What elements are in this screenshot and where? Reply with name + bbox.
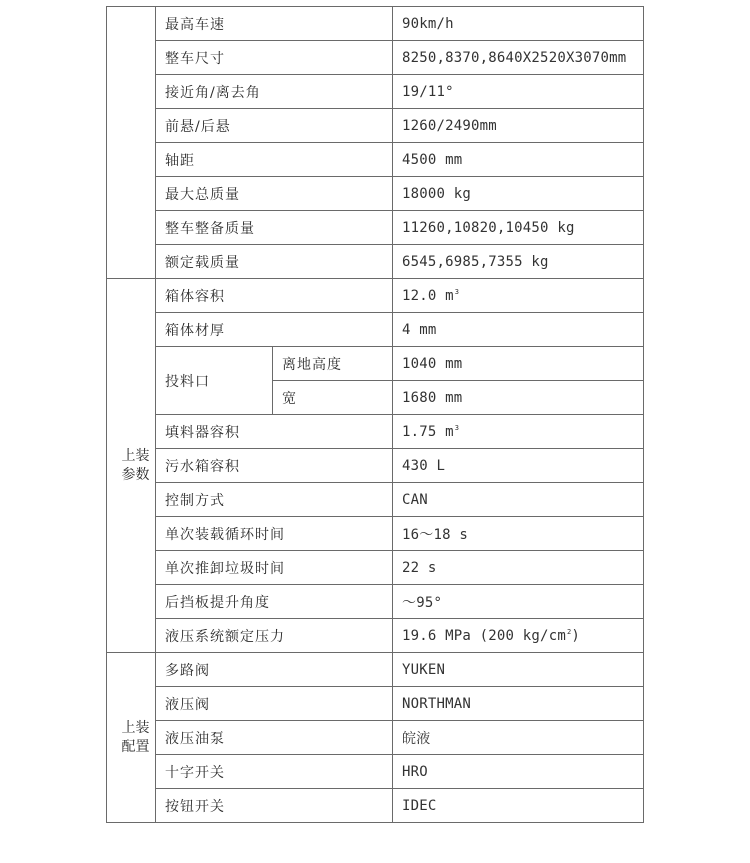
- table-row: 上装参数 箱体容积 12.0 m3: [107, 279, 644, 313]
- param-label: 液压系统额定压力: [156, 619, 393, 653]
- param-label: 接近角/离去角: [156, 75, 393, 109]
- param-value: YUKEN: [393, 653, 644, 687]
- param-label: 最大总质量: [156, 177, 393, 211]
- param-label: 填料器容积: [156, 415, 393, 449]
- param-value: 6545,6985,7355 kg: [393, 245, 644, 279]
- table-row: 控制方式 CAN: [107, 483, 644, 517]
- table-row: 液压阀 NORTHMAN: [107, 687, 644, 721]
- param-label: 后挡板提升角度: [156, 585, 393, 619]
- group-label-line1: 上装: [122, 720, 150, 736]
- table-row: 液压油泵 皖液: [107, 721, 644, 755]
- param-label: 污水箱容积: [156, 449, 393, 483]
- param-value: CAN: [393, 483, 644, 517]
- param-label: 额定载质量: [156, 245, 393, 279]
- table-row: 按钮开关 IDEC: [107, 789, 644, 823]
- param-value: 90km/h: [393, 7, 644, 41]
- param-value: 12.0 m3: [393, 279, 644, 313]
- param-value: 11260,10820,10450 kg: [393, 211, 644, 245]
- group-cell-body-config: 上装配置: [107, 653, 156, 823]
- sub-param-label: 离地高度: [273, 347, 393, 381]
- param-value: 1260/2490mm: [393, 109, 644, 143]
- param-label: 按钮开关: [156, 789, 393, 823]
- param-value: 8250,8370,8640X2520X3070mm: [393, 41, 644, 75]
- param-label: 十字开关: [156, 755, 393, 789]
- value-text: 1.75 m: [402, 424, 454, 440]
- table-row: 最高车速 90km/h: [107, 7, 644, 41]
- param-value: 22 s: [393, 551, 644, 585]
- table-row: 最大总质量 18000 kg: [107, 177, 644, 211]
- param-label: 控制方式: [156, 483, 393, 517]
- spec-table: 最高车速 90km/h 整车尺寸 8250,8370,8640X2520X307…: [106, 6, 644, 823]
- param-value: 皖液: [393, 721, 644, 755]
- value-text: 12.0 m: [402, 288, 454, 304]
- param-label: 箱体容积: [156, 279, 393, 313]
- table-row: 接近角/离去角 19/11°: [107, 75, 644, 109]
- param-value: IDEC: [393, 789, 644, 823]
- group-label-line1: 上装: [122, 448, 150, 464]
- table-row: 十字开关 HRO: [107, 755, 644, 789]
- param-label: 轴距: [156, 143, 393, 177]
- group-label-line2: 参数: [122, 467, 150, 483]
- param-label: 多路阀: [156, 653, 393, 687]
- param-value: 430 L: [393, 449, 644, 483]
- param-value: 4 mm: [393, 313, 644, 347]
- table-row: 额定载质量 6545,6985,7355 kg: [107, 245, 644, 279]
- param-value: NORTHMAN: [393, 687, 644, 721]
- group-cell-body-params: 上装参数: [107, 279, 156, 653]
- param-value: 18000 kg: [393, 177, 644, 211]
- table-row: 液压系统额定压力 19.6 MPa (200 kg/cm2): [107, 619, 644, 653]
- param-value: HRO: [393, 755, 644, 789]
- table-row: 箱体材厚 4 mm: [107, 313, 644, 347]
- param-value: 19/11°: [393, 75, 644, 109]
- group-cell-chassis: [107, 7, 156, 279]
- param-label: 单次装载循环时间: [156, 517, 393, 551]
- param-value: 1040 mm: [393, 347, 644, 381]
- param-label: 液压油泵: [156, 721, 393, 755]
- param-label: 整车整备质量: [156, 211, 393, 245]
- param-value: 4500 mm: [393, 143, 644, 177]
- sub-param-label: 宽: [273, 381, 393, 415]
- value-tail: ): [571, 628, 580, 644]
- table-row: 前悬/后悬 1260/2490mm: [107, 109, 644, 143]
- param-label: 整车尺寸: [156, 41, 393, 75]
- param-value: ～95°: [393, 585, 644, 619]
- table-row: 上装配置 多路阀 YUKEN: [107, 653, 644, 687]
- table-row: 填料器容积 1.75 m3: [107, 415, 644, 449]
- param-label: 前悬/后悬: [156, 109, 393, 143]
- table-row: 单次推卸垃圾时间 22 s: [107, 551, 644, 585]
- param-value: 19.6 MPa (200 kg/cm2): [393, 619, 644, 653]
- table-row: 整车整备质量 11260,10820,10450 kg: [107, 211, 644, 245]
- table-row: 整车尺寸 8250,8370,8640X2520X3070mm: [107, 41, 644, 75]
- table-row: 轴距 4500 mm: [107, 143, 644, 177]
- group-label-line2: 配置: [122, 739, 150, 755]
- param-label: 液压阀: [156, 687, 393, 721]
- param-value: 1680 mm: [393, 381, 644, 415]
- param-label: 箱体材厚: [156, 313, 393, 347]
- param-value: 16～18 s: [393, 517, 644, 551]
- table-row: 单次装载循环时间 16～18 s: [107, 517, 644, 551]
- table-row: 后挡板提升角度 ～95°: [107, 585, 644, 619]
- table-row: 污水箱容积 430 L: [107, 449, 644, 483]
- value-superscript: 3: [455, 288, 459, 296]
- param-value: 1.75 m3: [393, 415, 644, 449]
- value-text: 19.6 MPa (200 kg/cm: [402, 628, 566, 644]
- param-label: 最高车速: [156, 7, 393, 41]
- table-row: 投料口 离地高度 1040 mm: [107, 347, 644, 381]
- value-superscript: 3: [455, 424, 459, 432]
- param-label: 单次推卸垃圾时间: [156, 551, 393, 585]
- param-label-merged: 投料口: [156, 347, 273, 415]
